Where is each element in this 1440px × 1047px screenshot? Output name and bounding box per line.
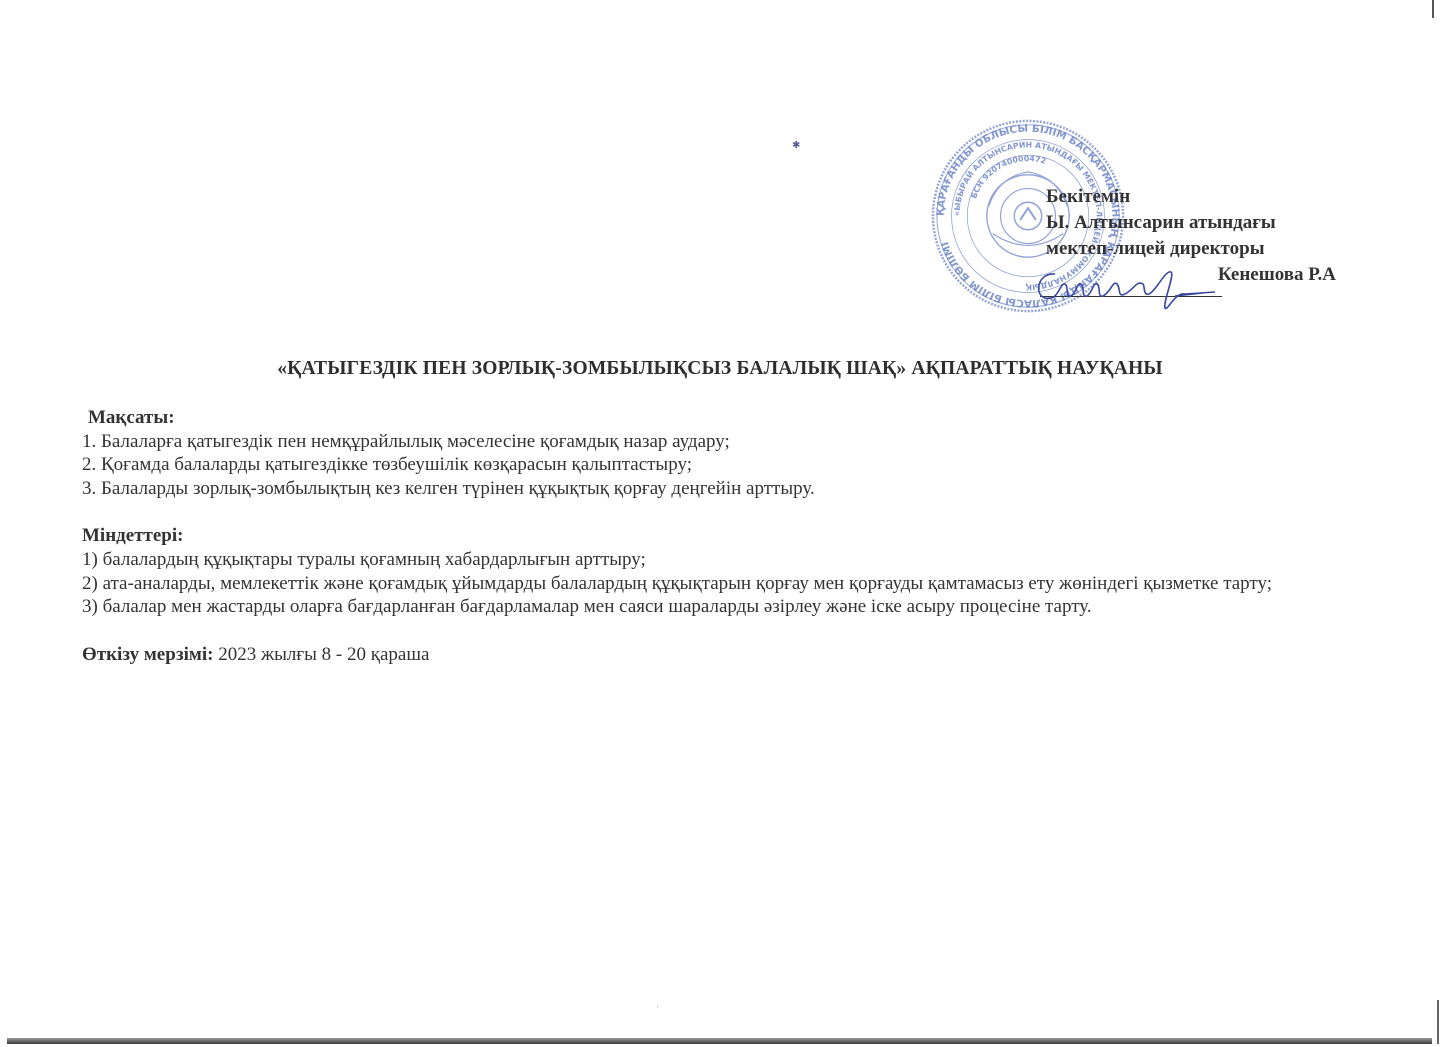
task-item: 2) ата-аналарды, мемлекеттік және қоғамд… — [82, 572, 1332, 596]
task-item: 1) балалардың құқықтары туралы қоғамның … — [82, 548, 1332, 572]
tasks-heading: Міндеттері: — [82, 524, 1332, 548]
document-title: «ҚАТЫГЕЗДІК ПЕН ЗОРЛЫҚ-ЗОМБЫЛЫҚСЫЗ БАЛАЛ… — [0, 358, 1440, 380]
scan-speck: ' — [657, 1004, 658, 1013]
period-value: 2023 жылғы 8 - 20 қараша — [213, 644, 429, 665]
scan-edge-mark — [1437, 1000, 1439, 1044]
goal-item: 1. Балаларға қатыгездік пен немқұрайлылы… — [82, 430, 1332, 454]
scan-speck: ✱ — [792, 140, 800, 151]
scan-edge-mark — [1432, 0, 1434, 18]
goals-heading: Мақсаты: — [82, 406, 1332, 430]
period-line: Өткізу мерзімі: 2023 жылғы 8 - 20 қараша — [82, 643, 1332, 667]
approval-position: мектеп-лицей директоры — [1046, 236, 1346, 262]
document-body: Мақсаты: 1. Балаларға қатыгездік пен нем… — [82, 406, 1332, 666]
approval-school: Ы. Алтынсарин атындағы — [1046, 210, 1346, 236]
goal-item: 2. Қоғамда балаларды қатыгездікке төзбеу… — [82, 453, 1332, 477]
task-item: 3) балалар мен жастарды оларға бағдарлан… — [82, 595, 1332, 619]
goal-item: 3. Балаларды зорлық-зомбылықтың кез келг… — [82, 477, 1332, 501]
period-label: Өткізу мерзімі: — [82, 644, 213, 665]
scan-bottom-edge — [7, 1038, 1432, 1044]
approval-heading: Бекітемін — [1046, 184, 1346, 210]
signature-icon — [1025, 262, 1225, 312]
